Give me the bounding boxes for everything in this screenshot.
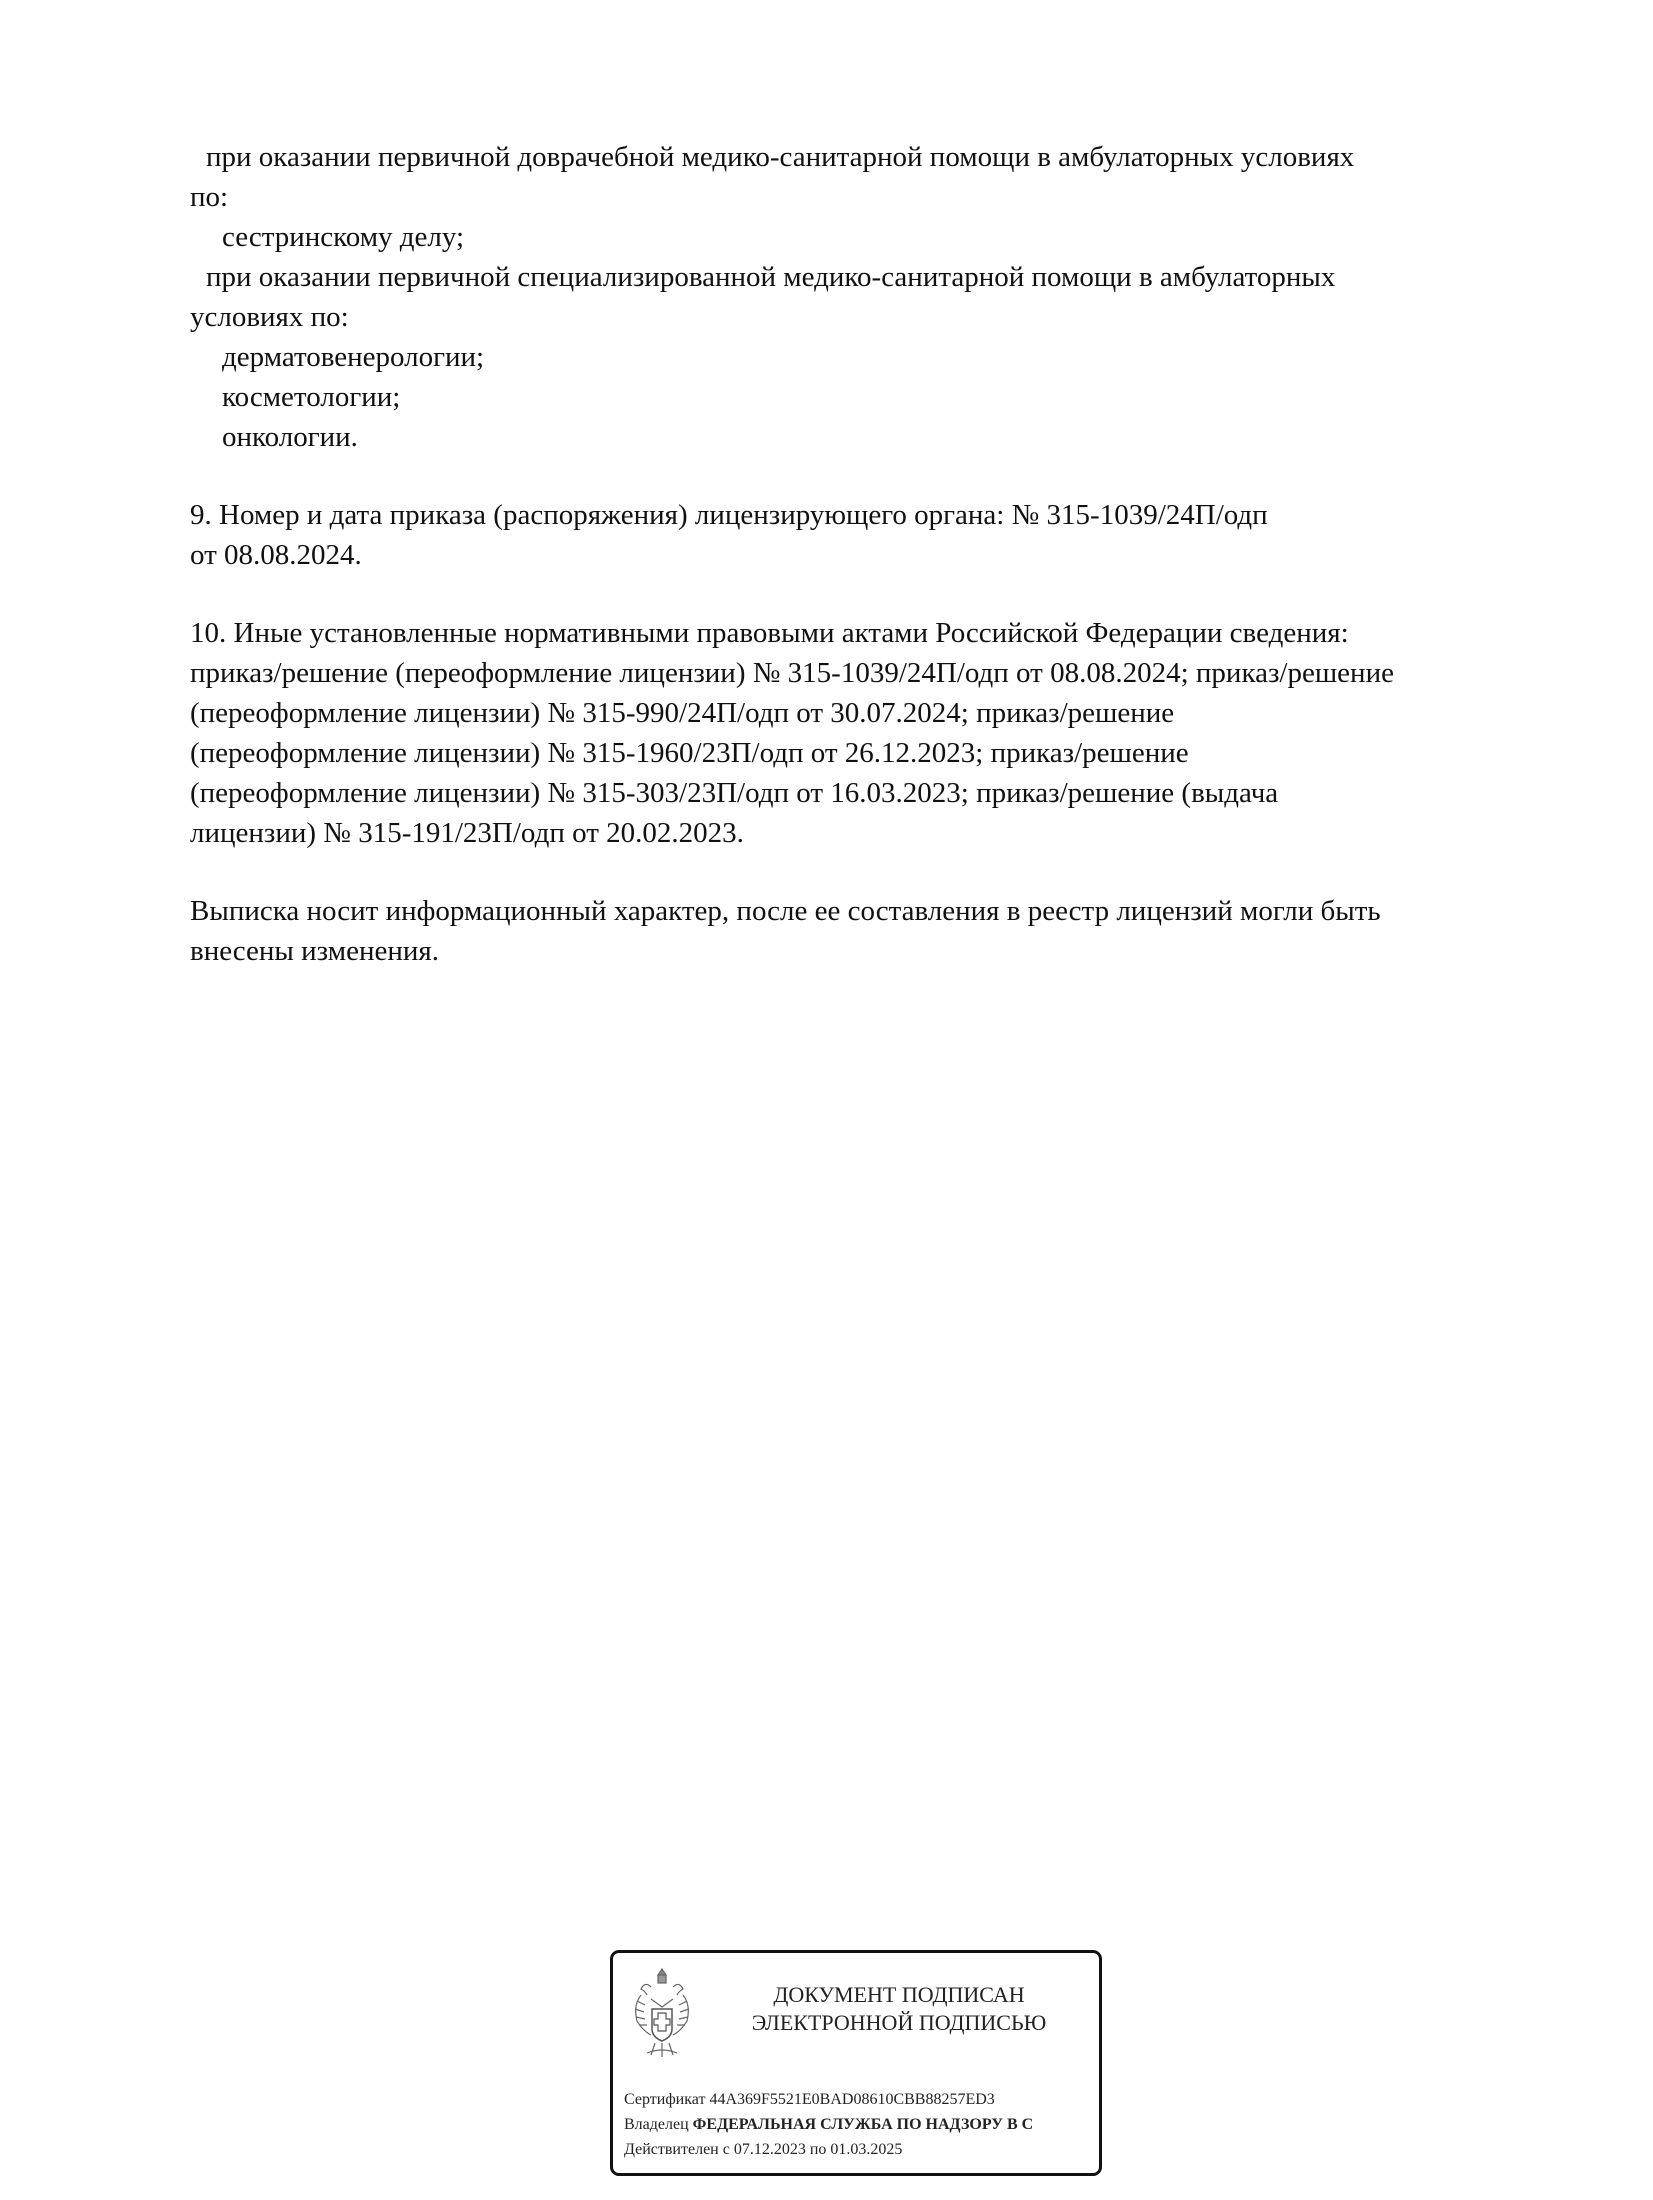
section-10-line: приказ/решение (переоформление лицензии)… — [190, 653, 1394, 693]
disclaimer-line: внесены изменения. — [190, 931, 439, 971]
section-10-line: лицензии) № 315-191/23П/одп от 20.02.202… — [190, 813, 744, 853]
section-9-heading: 9. Номер и дата приказа (распоряжения) л… — [190, 495, 1268, 535]
certificate-row: Сертификат 44A369F5521E0BAD08610CBB88257… — [624, 2088, 995, 2112]
owner-label: Владелец — [624, 2116, 689, 2133]
owner-value: ФЕДЕРАЛЬНАЯ СЛУЖБА ПО НАДЗОРУ В С — [693, 2116, 1034, 2133]
section-9-date: от 08.08.2024. — [190, 535, 362, 575]
certificate-label: Сертификат — [624, 2091, 705, 2108]
section-8-line: при оказании первичной специализированно… — [206, 257, 1335, 297]
owner-row: Владелец ФЕДЕРАЛЬНАЯ СЛУЖБА ПО НАДЗОРУ В… — [624, 2113, 1033, 2137]
section-10-line: (переоформление лицензии) № 315-303/23П/… — [190, 773, 1278, 813]
russian-coat-of-arms-icon — [631, 1965, 693, 2065]
document-page: при оказании первичной доврачебной медик… — [0, 0, 1653, 2200]
service-item: онкологии. — [222, 417, 358, 457]
service-item: сестринскому делу; — [222, 217, 464, 257]
service-item: дерматовенерологии; — [222, 337, 484, 377]
electronic-signature-stamp: ДОКУМЕНТ ПОДПИСАН ЭЛЕКТРОННОЙ ПОДПИСЬЮ С… — [610, 1950, 1102, 2176]
certificate-value: 44A369F5521E0BAD08610CBB88257ED3 — [709, 2091, 994, 2108]
validity-row: Действителен с 07.12.2023 по 01.03.2025 — [624, 2138, 902, 2162]
service-item: косметологии; — [222, 377, 400, 417]
section-10-line: (переоформление лицензии) № 315-1960/23П… — [190, 733, 1189, 773]
section-8-line: при оказании первичной доврачебной медик… — [206, 137, 1354, 177]
signature-title: ДОКУМЕНТ ПОДПИСАН — [709, 1981, 1089, 2009]
signature-title: ЭЛЕКТРОННОЙ ПОДПИСЬЮ — [709, 2009, 1089, 2037]
section-8-line: по: — [190, 177, 228, 217]
section-8-line: условиях по: — [190, 297, 349, 337]
section-10-line: (переоформление лицензии) № 315-990/24П/… — [190, 693, 1174, 733]
section-10-heading: 10. Иные установленные нормативными прав… — [190, 613, 1349, 653]
disclaimer-line: Выписка носит информационный характер, п… — [190, 891, 1381, 931]
